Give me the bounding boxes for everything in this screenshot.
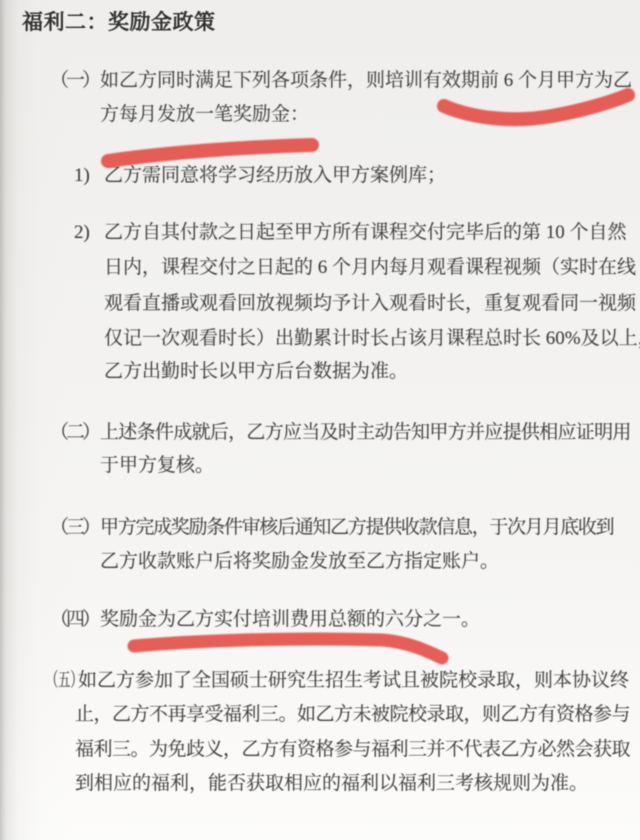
list-marker-sub2: 2) [74, 216, 90, 250]
doc-line: 观看直播或观看回放视频均予计入观看时长，重复观看同一视频 [104, 287, 636, 321]
doc-line: 乙方需同意将学习经历放入甲方案例库； [104, 159, 446, 193]
doc-line: 福利三。为免歧义，乙方有资格参与福利三并不代表乙方必然会获取 [75, 733, 630, 767]
doc-line: 于甲方复核。 [100, 449, 214, 483]
doc-line: 止，乙方不再享受福利三。如乙方未被院校录取，则乙方有资格参与 [75, 698, 630, 732]
doc-line: 日内，课程交付之日起的 6 个月内每月观看课程视频（实时在线 [104, 251, 636, 285]
doc-line: 到相应的福利，能否获取相应的福利以福利三考核规则为准。 [75, 767, 588, 801]
doc-line: 乙方收款账户后将奖励金发放至乙方指定账户。 [100, 545, 499, 579]
list-marker-3: （三） [50, 511, 98, 545]
document-page: 福利二：奖励金政策 （一） 如乙方同时满足下列各项条件，则培训有效期前 6 个月… [0, 0, 640, 840]
doc-line: 上述条件成就后，乙方应当及时主动告知甲方并应提供相应证明用 [100, 416, 631, 450]
doc-line: 方每月发放一笔奖励金： [100, 98, 309, 132]
red-underline-stroke-under-6-months [444, 95, 628, 119]
red-underline-stroke-under-one-sixth [134, 639, 442, 658]
doc-line: 如乙方参加了全国硕士研究生招生考试且被院校录取，则本协议终 [78, 664, 629, 698]
doc-line: 甲方完成奖励条件审核后通知乙方提供收款信息，于次月月底收到 [100, 511, 613, 545]
doc-title: 福利二：奖励金政策 [22, 5, 216, 39]
document-sheet: 福利二：奖励金政策 （一） 如乙方同时满足下列各项条件，则培训有效期前 6 个月… [0, 0, 640, 840]
doc-line: 乙方自其付款之日起至甲方所有课程交付完毕后的第 10 个自然 [104, 216, 627, 250]
list-marker-2: （二） [50, 416, 98, 450]
doc-line: 乙方出勤时长以甲方后台数据为准。 [104, 355, 408, 389]
doc-line: 如乙方同时满足下列各项条件，则培训有效期前 6 个月甲方为乙 [100, 64, 632, 98]
list-marker-sub1: 1) [74, 159, 90, 193]
list-marker-1: （一） [50, 64, 98, 98]
doc-line: 仅记一次观看时长）出勤累计时长占该月课程总时长 60%及以上， [104, 322, 640, 356]
doc-line: 奖励金为乙方实付培训费用总额的六分之一。 [100, 603, 480, 637]
list-marker-4: （四） [50, 603, 98, 637]
